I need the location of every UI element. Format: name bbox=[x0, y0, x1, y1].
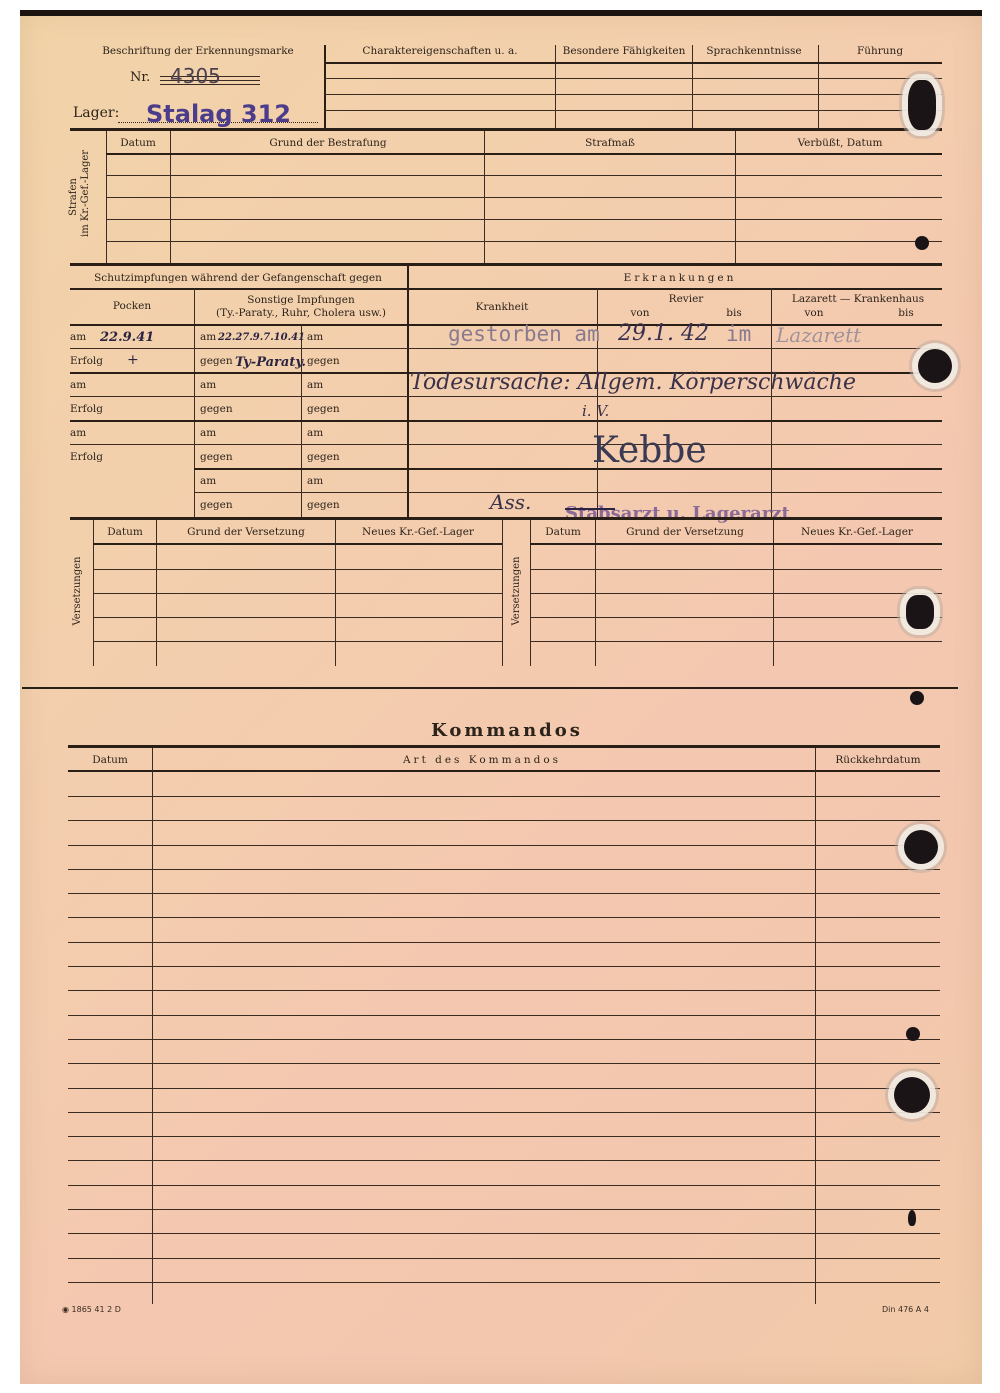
sonstige-b-row-am: am bbox=[307, 331, 323, 343]
sonstige-a-row-am: am bbox=[200, 331, 216, 343]
col-fuehrung: Führung bbox=[857, 45, 903, 57]
sonstige-date: 22.27.9.7.10.41 bbox=[218, 332, 305, 343]
din-format: Din 476 A 4 bbox=[882, 1305, 929, 1314]
sonstige-b-row-am: am bbox=[307, 475, 323, 487]
impfungen-title: Schutzimpfungen während der Gefangenscha… bbox=[94, 272, 382, 284]
strafen-col-strafmass: Strafmaß bbox=[585, 137, 635, 149]
registered-mark-icon: ◉ bbox=[62, 1305, 69, 1314]
revier-label: Revier bbox=[669, 293, 704, 305]
punch-hole-icon bbox=[906, 595, 934, 629]
sonstige-a-row-gegen: gegen bbox=[200, 451, 233, 463]
col-faehigkeiten: Besondere Fähigkeiten bbox=[563, 45, 686, 57]
pocken-erfolg: + bbox=[127, 352, 139, 368]
punch-hole-icon bbox=[918, 349, 952, 383]
form-number: ◉ 1865 41 2 D bbox=[62, 1305, 121, 1314]
sonstige-sub: (Ty.-Paraty., Ruhr, Cholera usw.) bbox=[216, 307, 386, 319]
pocken-date: 22.9.41 bbox=[100, 330, 154, 345]
sonstige-b-row-gegen: gegen bbox=[307, 451, 340, 463]
krankheit-label: Krankheit bbox=[476, 301, 529, 313]
versetzungen-side-label-left: Versetzungen bbox=[72, 551, 84, 631]
sonstige-a-row-am: am bbox=[200, 475, 216, 487]
pocken-row-erfolg: Erfolg bbox=[70, 451, 103, 463]
vers-r-col-lager: Neues Kr.-Gef.-Lager bbox=[801, 526, 913, 538]
col-charakter: Charaktereigenschaften u. a. bbox=[362, 45, 517, 57]
sonstige-gegen: Ty-Paraty. bbox=[235, 355, 306, 370]
pocken-label: Pocken bbox=[113, 300, 151, 312]
punch-hole-icon bbox=[908, 1210, 916, 1226]
erkrankungen-title: Erkrankungen bbox=[624, 272, 737, 284]
kommandos-col-art: Art des Kommandos bbox=[403, 754, 561, 766]
signature: Kebbe bbox=[592, 430, 707, 471]
died-place: Lazarett bbox=[776, 323, 861, 347]
sonstige-a-row-gegen: gegen bbox=[200, 355, 233, 367]
punch-hole-icon bbox=[910, 691, 924, 705]
vers-l-col-grund: Grund der Versetzung bbox=[187, 526, 305, 538]
iv-note: i. V. bbox=[582, 402, 609, 420]
punch-hole-icon bbox=[904, 830, 938, 864]
sonstige-a-row-gegen: gegen bbox=[200, 499, 233, 511]
vers-r-col-grund: Grund der Versetzung bbox=[626, 526, 744, 538]
lager-stamp: Stalag 312 bbox=[146, 100, 291, 128]
kommandos-col-datum: Datum bbox=[92, 754, 128, 766]
scan-edge bbox=[20, 10, 982, 16]
pocken-row-am: am bbox=[70, 331, 86, 343]
vers-l-col-datum: Datum bbox=[107, 526, 143, 538]
sonstige-a-row-am: am bbox=[200, 427, 216, 439]
punch-hole-icon bbox=[908, 80, 936, 130]
died-stamp: gestorben am bbox=[448, 322, 600, 346]
lager-label: Lager: bbox=[73, 105, 119, 121]
tag-label: Beschriftung der Erkennungsmarke bbox=[102, 45, 294, 57]
lazarett-label: Lazarett — Krankenhaus bbox=[792, 293, 924, 305]
died-date: 29.1. 42 bbox=[618, 321, 709, 346]
pow-record-card bbox=[20, 10, 982, 1384]
punch-hole-icon bbox=[906, 1027, 920, 1041]
pocken-row-am: am bbox=[70, 427, 86, 439]
ass-note: Ass. bbox=[490, 490, 531, 514]
lazarett-von: von bbox=[804, 307, 823, 319]
strafen-col-grund: Grund der Bestrafung bbox=[269, 137, 386, 149]
fold-line bbox=[22, 687, 958, 689]
nr-value: 4305 bbox=[170, 64, 221, 88]
vers-l-col-lager: Neues Kr.-Gef.-Lager bbox=[362, 526, 474, 538]
role-stamp: Stabsarzt u. Lagerarzt bbox=[565, 503, 790, 524]
pocken-row-erfolg: Erfolg bbox=[70, 355, 103, 367]
sonstige-a-row-am: am bbox=[200, 379, 216, 391]
pocken-row-am: am bbox=[70, 379, 86, 391]
sonstige-a-row-gegen: gegen bbox=[200, 403, 233, 415]
kommandos-title: Kommandos bbox=[431, 720, 583, 741]
sonstige-b-row-gegen: gegen bbox=[307, 403, 340, 415]
sonstige-label: Sonstige Impfungen bbox=[247, 294, 354, 306]
strafen-side-label: Strafen im Kr.-Gef.-Lager bbox=[68, 157, 92, 237]
revier-bis: bis bbox=[726, 307, 741, 319]
col-sprachen: Sprachkenntnisse bbox=[706, 45, 801, 57]
kommandos-col-rueckkehr: Rückkehrdatum bbox=[835, 754, 920, 766]
sonstige-b-row-gegen: gegen bbox=[307, 499, 340, 511]
punch-hole-icon bbox=[915, 236, 929, 250]
sonstige-b-row-gegen: gegen bbox=[307, 355, 340, 367]
sonstige-b-row-am: am bbox=[307, 427, 323, 439]
pocken-row-erfolg: Erfolg bbox=[70, 403, 103, 415]
vers-r-col-datum: Datum bbox=[545, 526, 581, 538]
revier-von: von bbox=[630, 307, 649, 319]
punch-hole-icon bbox=[894, 1077, 930, 1113]
strafen-col-datum: Datum bbox=[120, 137, 156, 149]
died-im-stamp: im bbox=[726, 322, 751, 346]
death-cause: Todesursache: Allgem. Körperschwäche bbox=[410, 370, 856, 395]
versetzungen-side-label-right: Versetzungen bbox=[511, 551, 523, 631]
sonstige-b-row-am: am bbox=[307, 379, 323, 391]
strafen-col-verbuesst: Verbüßt, Datum bbox=[798, 137, 883, 149]
lazarett-bis: bis bbox=[898, 307, 913, 319]
nr-label: Nr. bbox=[130, 70, 150, 85]
